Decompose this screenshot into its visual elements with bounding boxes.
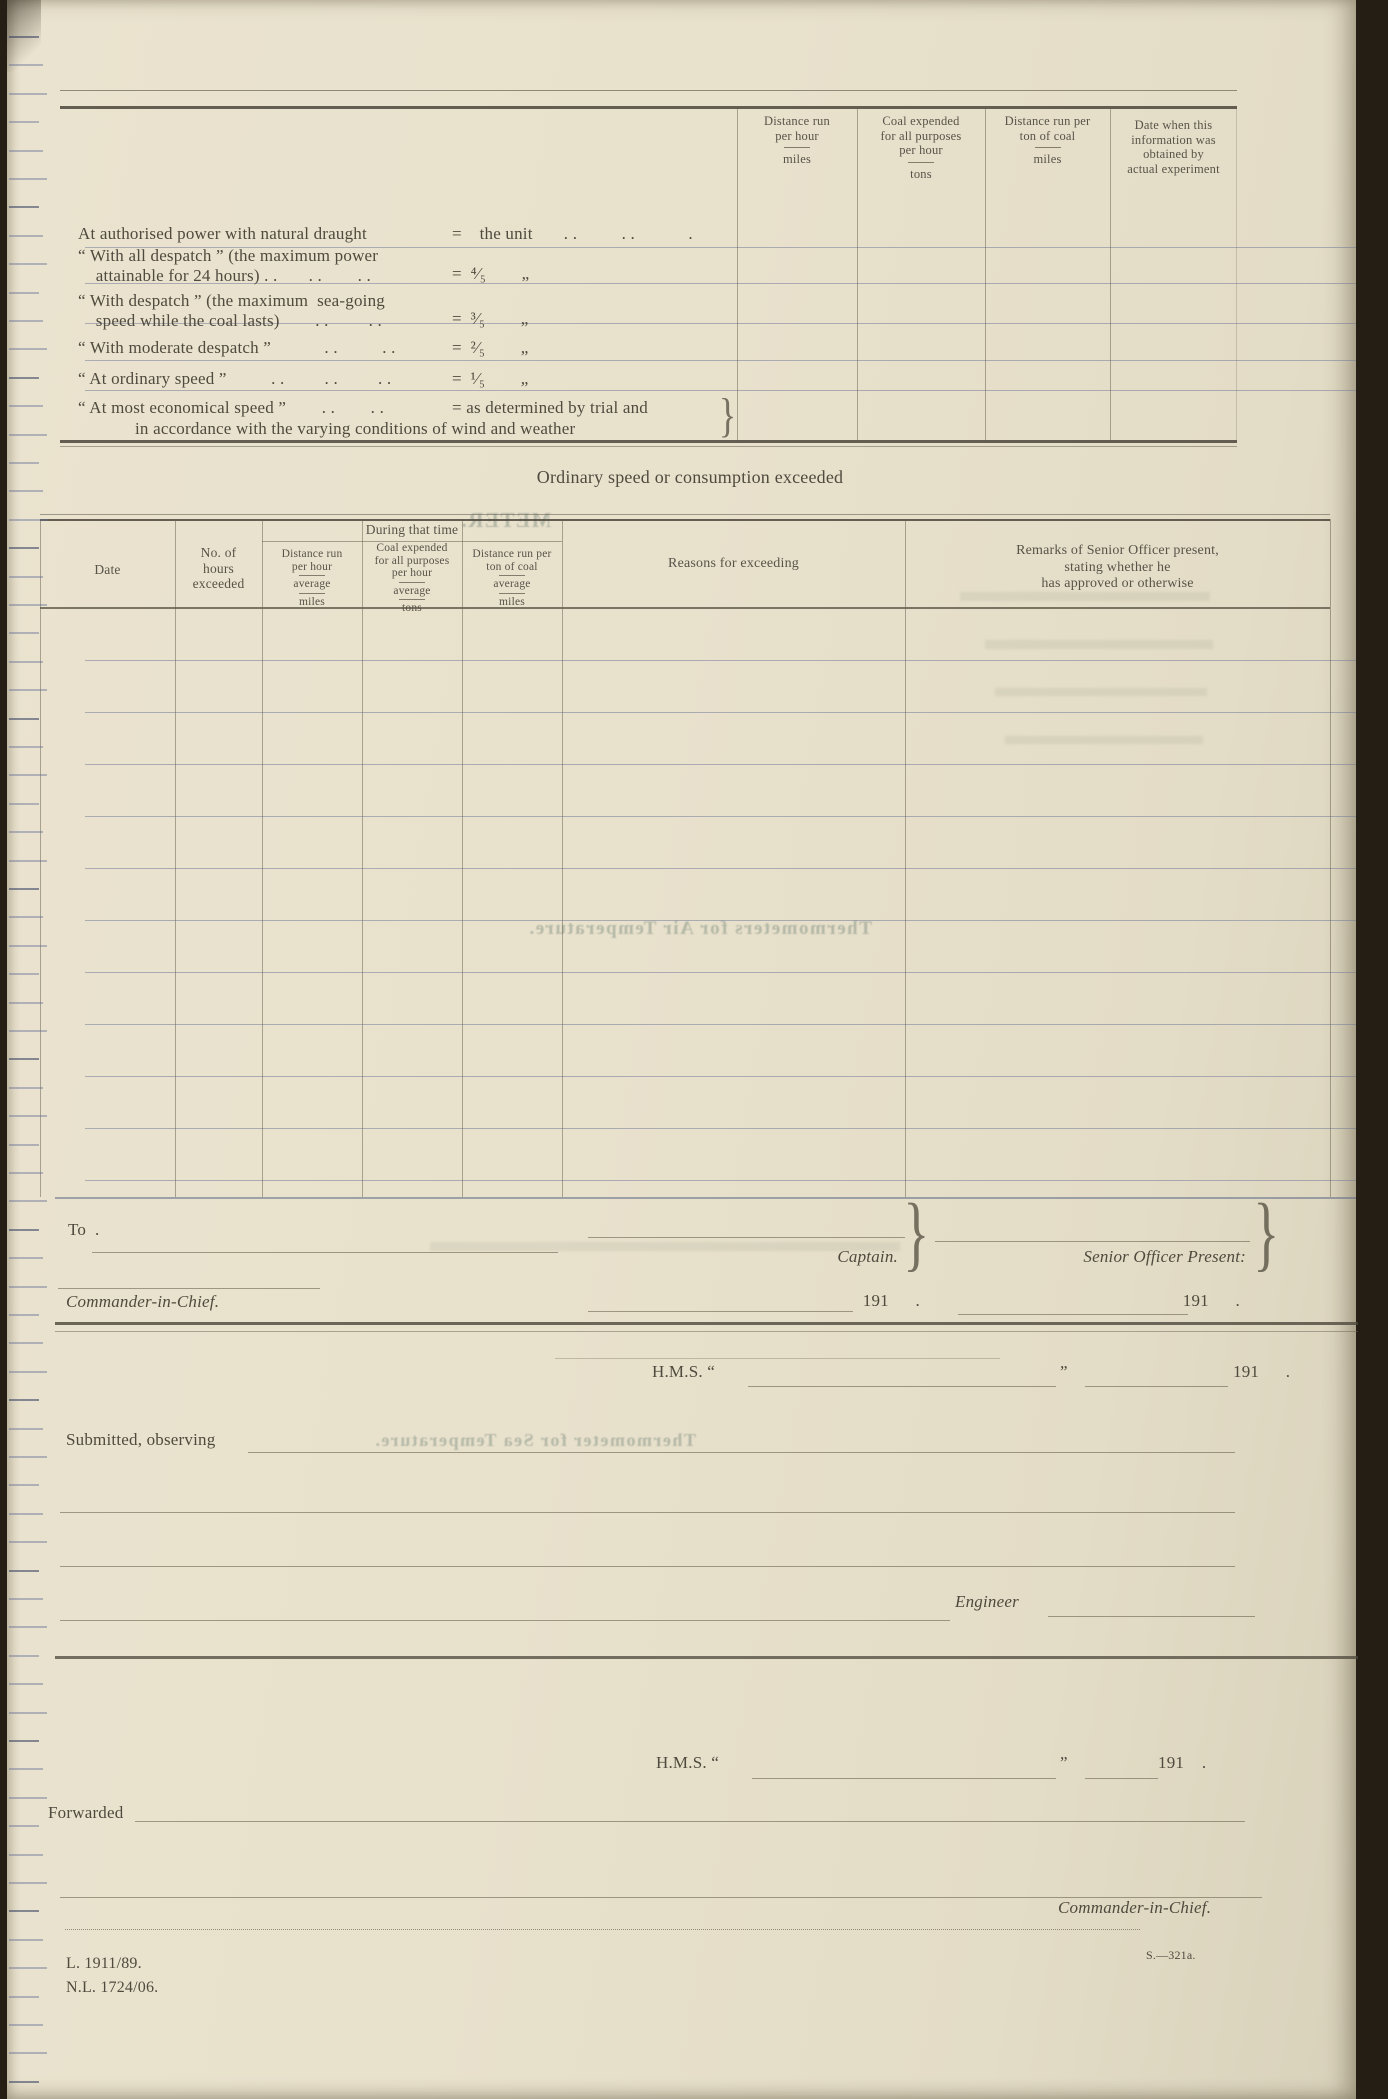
stitch-mark: [9, 320, 43, 322]
column-line: [462, 519, 463, 1197]
stitch-mark: [9, 689, 47, 691]
stitch-mark: [9, 860, 47, 862]
stitch-mark: [9, 1200, 47, 1202]
stitch-mark: [9, 1683, 43, 1685]
table1-row-label: “ At most economical speed ” . . . .: [78, 398, 384, 418]
table1-row-value: = ¹⁄₅ „: [452, 369, 529, 389]
stitch-mark: [9, 36, 39, 38]
column-unit: tons: [859, 167, 983, 182]
stitch-mark: [9, 1570, 39, 1572]
rule-line: [85, 1180, 1356, 1181]
column-line: [985, 107, 986, 440]
stitch-mark: [9, 916, 43, 918]
stitch-mark: [9, 377, 39, 379]
table2-header-reasons: Reasons for exceeding: [562, 556, 905, 572]
separator-dash: [499, 593, 525, 594]
rule-line: [85, 360, 1356, 361]
submitted-observing-label: Submitted, observing: [66, 1430, 215, 1450]
rule-line: [85, 712, 1356, 713]
commander-in-chief-label: Commander-in-Chief.: [1058, 1898, 1211, 1918]
bleedthrough-text: Thermometer for Sea Temperature.: [320, 1430, 750, 1451]
hms-close-quote: ”: [1060, 1362, 1068, 1382]
stitch-mark: [9, 576, 43, 578]
column-title: Distance run per ton of coal: [987, 114, 1108, 143]
captain-label: Captain.: [770, 1247, 898, 1267]
writing-line: [58, 1288, 320, 1289]
stitch-mark: [9, 547, 39, 549]
stitch-mark: [9, 1626, 47, 1628]
column-line: [40, 519, 41, 1197]
stitch-mark: [9, 121, 39, 123]
stitch-mark: [9, 604, 47, 606]
separator-dash: [908, 162, 934, 163]
stitch-mark: [9, 1456, 47, 1458]
column-unit: tons: [362, 602, 462, 615]
bleedthrough-mark: [960, 592, 1210, 601]
stitch-mark: [9, 1712, 47, 1714]
column-average: average: [362, 585, 462, 598]
table2-header-distance-run: Distance run per hour average miles: [262, 548, 362, 608]
stitch-mark: [9, 1541, 47, 1543]
writing-line: [748, 1386, 1056, 1387]
column-title: Date when this information was obtained …: [1112, 118, 1235, 176]
stitch-mark: [9, 263, 47, 265]
engineer-label: Engineer: [955, 1592, 1019, 1612]
rule-line: [85, 920, 1356, 921]
bleedthrough-mark: [995, 688, 1207, 696]
table1-row-label: “ With despatch ” (the maximum sea-going…: [78, 291, 385, 330]
stitch-mark: [9, 945, 47, 947]
stitch-mark: [9, 746, 43, 748]
stitch-mark: [9, 1797, 47, 1799]
table1-header-distance-run-per-hour: Distance run per hour miles: [739, 114, 855, 167]
separator-dash: [499, 575, 525, 576]
table2-header-coal-expended: Coal expended for all purposes per hour …: [362, 542, 462, 615]
stitch-mark: [9, 292, 39, 294]
stitch-mark: [9, 1996, 39, 1998]
writing-line: [555, 1358, 1000, 1359]
column-line: [1110, 107, 1111, 440]
bleedthrough-mark: [985, 640, 1213, 649]
table1-row-continuation: in accordance with the varying condition…: [135, 419, 575, 439]
column-title: Distance run per ton of coal: [462, 548, 562, 573]
writing-line: [588, 1311, 853, 1312]
writing-line: [1085, 1386, 1228, 1387]
stitch-mark: [9, 1399, 39, 1401]
writing-line: [958, 1314, 1188, 1315]
stitch-mark: [9, 2081, 39, 2083]
forwarded-label: Forwarded: [48, 1803, 123, 1823]
stitch-mark: [9, 1286, 47, 1288]
column-unit: miles: [262, 596, 362, 609]
rule-line: [85, 1076, 1356, 1077]
stitch-mark: [9, 1058, 39, 1060]
table1-row-label: “ At ordinary speed ” . . . . . .: [78, 369, 391, 389]
stitch-mark: [9, 1655, 39, 1657]
section-title: Ordinary speed or consumption exceeded: [340, 468, 1040, 488]
stitch-mark: [9, 178, 47, 180]
stitch-mark: [9, 1825, 39, 1827]
scanned-ledger-page: Distance run per hour miles Coal expende…: [0, 0, 1388, 2099]
writing-line: [92, 1252, 558, 1253]
stitch-mark: [9, 1314, 39, 1316]
stitch-mark: [9, 1229, 39, 1231]
rule-line: [85, 972, 1356, 973]
stitch-mark: [9, 2052, 47, 2054]
column-line: [262, 519, 263, 1197]
year-blank: 191 .: [1100, 1291, 1240, 1311]
rule-line: [85, 816, 1356, 817]
year-blank: 191 .: [1233, 1362, 1290, 1382]
year-blank: 191 .: [1158, 1753, 1206, 1773]
column-title: Distance run per hour: [262, 548, 362, 573]
column-line: [737, 107, 738, 440]
rule-line: [55, 1197, 1356, 1199]
rule-line: [55, 1322, 1358, 1325]
stitch-mark: [9, 632, 39, 634]
column-average: average: [262, 578, 362, 591]
stitch-mark: [9, 1428, 43, 1430]
dotted-writing-line: [65, 1929, 1140, 1930]
rule-line: [40, 519, 1330, 521]
table1-header-date-obtained: Date when this information was obtained …: [1112, 118, 1235, 176]
stitch-mark: [9, 1740, 39, 1742]
table2-header-remarks: Remarks of Senior Officer present, stati…: [905, 543, 1330, 593]
stitch-mark: [9, 1598, 43, 1600]
row-brace: }: [719, 392, 736, 440]
writing-line: [60, 1512, 1235, 1513]
table1-row-label: At authorised power with natural draught: [78, 224, 367, 244]
stitch-mark: [9, 973, 39, 975]
writing-line: [60, 1620, 950, 1621]
table1-row-value: = ²⁄₅ „: [452, 338, 529, 358]
stitch-mark: [9, 1002, 43, 1004]
column-line: [1236, 107, 1237, 440]
stitch-mark: [9, 434, 47, 436]
rule-line: [40, 514, 1330, 515]
table1-header-distance-per-ton: Distance run per ton of coal miles: [987, 114, 1108, 167]
table2-header-distance-per-ton: Distance run per ton of coal average mil…: [462, 548, 562, 608]
rule-line: [55, 1656, 1358, 1659]
separator-dash: [299, 575, 325, 576]
writing-line: [588, 1237, 905, 1238]
rule-line: [85, 764, 1356, 765]
table1-header-coal-expended: Coal expended for all purposes per hour …: [859, 114, 983, 181]
rule-line: [85, 868, 1356, 869]
separator-dash: [784, 147, 810, 148]
writing-line: [135, 1821, 1245, 1822]
hms-label: H.M.S. “: [656, 1753, 719, 1773]
bleedthrough-mark: [1005, 736, 1203, 744]
rule-line: [60, 440, 1237, 443]
stitch-mark: [9, 2024, 43, 2026]
stitch-mark: [9, 150, 43, 152]
column-average: average: [462, 578, 562, 591]
to-label: To .: [68, 1220, 99, 1240]
column-line: [1330, 519, 1331, 1197]
stitch-mark: [9, 519, 47, 521]
writing-line: [60, 1566, 1235, 1567]
bleedthrough-text: Thermometers for Air Temperature.: [470, 918, 930, 940]
stitch-mark: [9, 718, 39, 720]
stitch-mark: [9, 490, 43, 492]
stitch-mark: [9, 1768, 43, 1770]
stitch-mark: [9, 661, 43, 663]
rule-line: [85, 660, 1356, 661]
column-unit: miles: [462, 596, 562, 609]
column-unit: miles: [739, 152, 855, 167]
stitch-mark: [9, 1144, 39, 1146]
stitch-mark: [9, 1257, 43, 1259]
writing-line: [752, 1778, 1056, 1779]
writing-line: [248, 1452, 1235, 1453]
separator-dash: [1035, 147, 1061, 148]
hms-close-quote: ”: [1060, 1753, 1068, 1773]
hms-label: H.M.S. “: [652, 1362, 715, 1382]
separator-dash: [299, 593, 325, 594]
separator-dash: [399, 599, 425, 600]
form-reference: N.L. 1724/06.: [66, 1978, 158, 1998]
stitch-mark: [9, 1967, 47, 1969]
column-line: [905, 519, 906, 1197]
table1-row-label: “ With all despatch ” (the maximum power…: [78, 246, 378, 285]
table1-row-value: = ³⁄₅ „: [452, 309, 529, 329]
stitch-mark: [9, 1342, 43, 1344]
column-line: [362, 519, 363, 1197]
writing-line: [1048, 1616, 1255, 1617]
column-line: [857, 107, 858, 440]
stitch-mark: [9, 206, 39, 208]
table2-during-that-time: During that time: [262, 522, 562, 538]
rule-line: [60, 106, 1237, 109]
stitch-mark: [9, 1939, 43, 1941]
stitch-mark: [9, 1854, 43, 1856]
column-line: [175, 519, 176, 1197]
form-reference: L. 1911/89.: [66, 1954, 142, 1974]
stitch-mark: [9, 64, 43, 66]
column-title: Distance run per hour: [739, 114, 855, 143]
stitch-mark: [9, 803, 39, 805]
stitch-mark: [9, 1882, 47, 1884]
rule-line: [60, 90, 1237, 91]
writing-line: [935, 1241, 1250, 1242]
senior-officer-label: Senior Officer Present:: [1018, 1247, 1246, 1267]
stitch-mark: [9, 462, 39, 464]
table2-header-date: Date: [40, 562, 175, 578]
column-title: Coal expended for all purposes per hour: [362, 542, 462, 580]
stitch-mark: [9, 1030, 47, 1032]
column-unit: miles: [987, 152, 1108, 167]
table1-row-label: “ With moderate despatch ” . . . .: [78, 338, 396, 358]
rule-line: [60, 446, 1237, 447]
rule-line: [85, 1128, 1356, 1129]
form-reference: S.—321a.: [1146, 1946, 1196, 1966]
rule-line: [40, 607, 1330, 609]
stitch-mark: [9, 348, 47, 350]
stitch-mark: [9, 1513, 43, 1515]
column-title: Coal expended for all purposes per hour: [859, 114, 983, 158]
stitch-mark: [9, 1484, 39, 1486]
stitch-mark: [9, 1371, 47, 1373]
stitch-mark: [9, 1172, 43, 1174]
separator-dash: [399, 582, 425, 583]
stitch-mark: [9, 93, 47, 95]
stitch-mark: [9, 1087, 43, 1089]
stitch-mark: [9, 774, 47, 776]
year-blank: 191 .: [760, 1291, 920, 1311]
table2-header-hours-exceeded: No. of hours exceeded: [175, 545, 262, 592]
rule-line: [85, 1024, 1356, 1025]
writing-line: [1085, 1778, 1158, 1779]
stitch-mark: [9, 405, 43, 407]
stitch-mark: [9, 235, 43, 237]
stitch-mark: [9, 1115, 47, 1117]
commander-in-chief-label: Commander-in-Chief.: [66, 1292, 219, 1312]
rule-line: [55, 1331, 1358, 1332]
table1-row-value: = as determined by trial and: [452, 398, 648, 418]
captain-brace: }: [903, 1192, 929, 1276]
stitch-mark: [9, 1910, 39, 1912]
senior-officer-brace: }: [1253, 1192, 1279, 1276]
stitch-mark: [9, 831, 43, 833]
table1-row-value: = the unit . . . . .: [452, 224, 693, 244]
table1-row-value: = ⁴⁄₅ „: [452, 264, 529, 284]
column-line: [562, 519, 563, 1197]
stitch-mark: [9, 888, 39, 890]
